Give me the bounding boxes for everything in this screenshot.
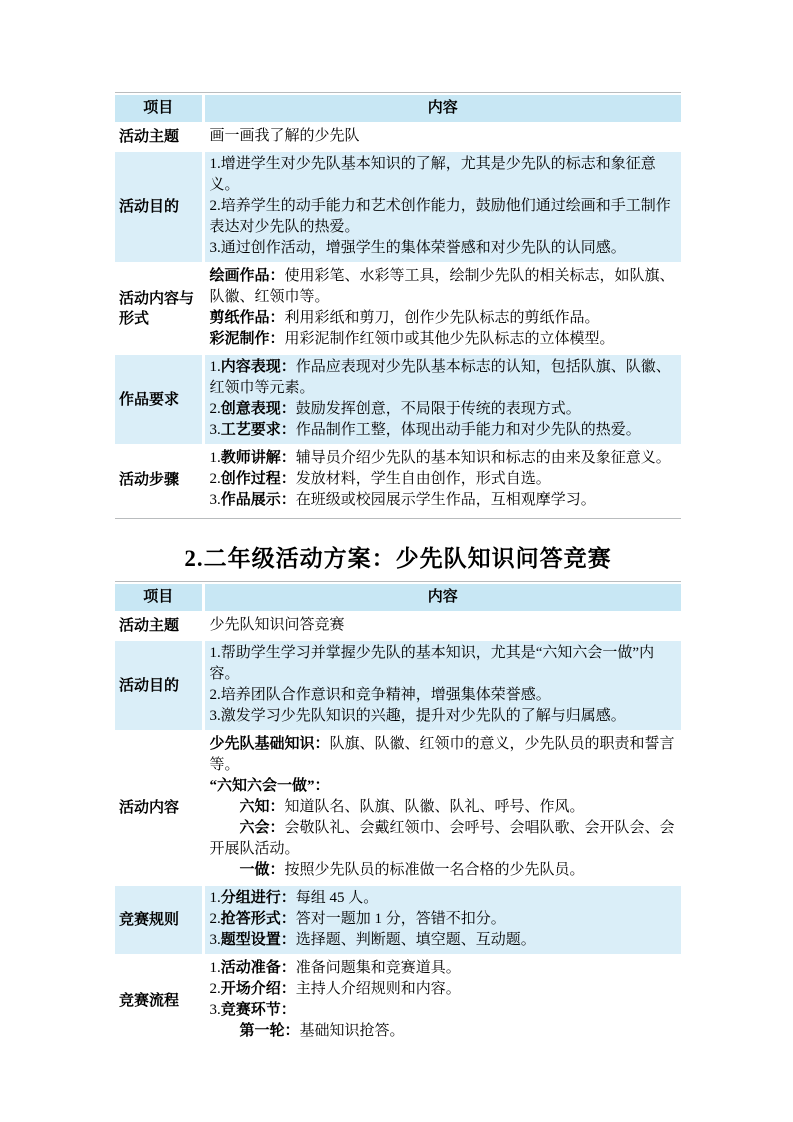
text-run: 2. (210, 401, 221, 417)
activity-plan-table-2: 项目内容活动主题少先队知识问答竞赛活动目的1.帮助学生学习并掌握少先队的基本知识… (115, 584, 681, 1047)
text-run: 用彩泥制作红领巾或其他少先队标志的立体模型。 (285, 331, 615, 347)
bold-text-run: 六会： (240, 820, 285, 836)
content-paragraph: “六知六会一做”： (210, 776, 680, 797)
bold-text-run: 少先队基础知识： (210, 736, 330, 752)
row-content: 绘画作品：使用彩笔、水彩等工具，绘制少先队的相关标志，如队旗、队徽、红领巾等。剪… (203, 263, 681, 354)
content-paragraph: 彩泥制作：用彩泥制作红领巾或其他少先队标志的立体模型。 (210, 329, 680, 350)
content-paragraph: 3.工艺要求：作品制作工整，体现出动手能力和对少先队的热爱。 (210, 420, 680, 441)
text-run: 1.增进学生对少先队基本知识的了解，尤其是少先队的标志和象征意义。 (210, 156, 656, 193)
row-label: 活动主题 (115, 123, 203, 151)
text-run: 少先队知识问答竞赛 (210, 617, 345, 633)
bold-text-run: 分组进行： (221, 890, 296, 906)
text-run: 3. (210, 1002, 221, 1018)
row-label: 作品要求 (115, 354, 203, 445)
content-paragraph: 少先队知识问答竞赛 (210, 615, 680, 636)
bold-text-run: 活动准备： (221, 960, 296, 976)
content-paragraph: 第一轮：基础知识抢答。 (210, 1021, 680, 1042)
text-run: 答对一题加 1 分，答错不扣分。 (296, 911, 506, 927)
text-run: 准备问题集和竞赛道具。 (296, 960, 461, 976)
bold-text-run: “六知六会一做”： (210, 778, 330, 794)
content-paragraph: 画一画我了解的少先队 (210, 126, 680, 147)
content-paragraph: 2.抢答形式：答对一题加 1 分，答错不扣分。 (210, 909, 680, 930)
row-content: 1.增进学生对少先队基本知识的了解，尤其是少先队的标志和象征意义。2.培养学生的… (203, 151, 681, 263)
column-header: 内容 (203, 95, 681, 123)
row-label: 活动目的 (115, 151, 203, 263)
row-content: 1.内容表现：作品应表现对少先队基本标志的认知，包括队旗、队徽、红领巾等元素。2… (203, 354, 681, 445)
row-label: 竞赛规则 (115, 885, 203, 955)
content-paragraph: 剪纸作品：利用彩纸和剪刀，创作少先队标志的剪纸作品。 (210, 308, 680, 329)
table-row: 竞赛流程1.活动准备：准备问题集和竞赛道具。2.开场介绍：主持人介绍规则和内容。… (115, 955, 681, 1046)
bold-text-run: 一做： (240, 862, 285, 878)
column-header-row: 项目内容 (115, 584, 681, 612)
document-page: 项目内容活动主题画一画我了解的少先队活动目的1.增进学生对少先队基本知识的了解，… (0, 0, 793, 1122)
text-run: 1. (210, 960, 221, 976)
column-header: 内容 (203, 584, 681, 612)
text-run: 选择题、判断题、填空题、互动题。 (296, 932, 536, 948)
row-content: 1.教师讲解：辅导员介绍少先队的基本知识和标志的由来及象征意义。2.创作过程：发… (203, 445, 681, 515)
text-run: 2. (210, 911, 221, 927)
text-run: 按照少先队员的标准做一名合格的少先队员。 (285, 862, 585, 878)
activity-plan-table-1-wrap: 项目内容活动主题画一画我了解的少先队活动目的1.增进学生对少先队基本知识的了解，… (115, 92, 681, 519)
table-row: 活动主题少先队知识问答竞赛 (115, 612, 681, 640)
table-row: 竞赛规则1.分组进行：每组 45 人。2.抢答形式：答对一题加 1 分，答错不扣… (115, 885, 681, 955)
bold-text-run: 剪纸作品： (210, 310, 285, 326)
text-run: 在班级或校园展示学生作品，互相观摩学习。 (296, 492, 596, 508)
bold-text-run: 抢答形式： (221, 911, 296, 927)
content-paragraph: 3.题型设置：选择题、判断题、填空题、互动题。 (210, 930, 680, 951)
bold-text-run: 创意表现： (221, 401, 296, 417)
row-content: 1.帮助学生学习并掌握少先队的基本知识，尤其是“六知六会一做”内容。2.培养团队… (203, 640, 681, 731)
table-row: 活动内容与形式绘画作品：使用彩笔、水彩等工具，绘制少先队的相关标志，如队旗、队徽… (115, 263, 681, 354)
row-content: 画一画我了解的少先队 (203, 123, 681, 151)
row-content: 1.活动准备：准备问题集和竞赛道具。2.开场介绍：主持人介绍规则和内容。3.竞赛… (203, 955, 681, 1046)
text-run: 3. (210, 492, 221, 508)
row-label: 活动内容与形式 (115, 263, 203, 354)
content-paragraph: 3.通过创作活动，增强学生的集体荣誉感和对少先队的认同感。 (210, 238, 680, 259)
bold-text-run: 彩泥制作： (210, 331, 285, 347)
text-run: 1.帮助学生学习并掌握少先队的基本知识，尤其是“六知六会一做”内容。 (210, 645, 655, 682)
content-paragraph: 绘画作品：使用彩笔、水彩等工具，绘制少先队的相关标志，如队旗、队徽、红领巾等。 (210, 266, 680, 308)
text-run: 3. (210, 932, 221, 948)
text-run: 辅导员介绍少先队的基本知识和标志的由来及象征意义。 (296, 450, 671, 466)
bold-text-run: 创作过程： (221, 471, 296, 487)
content-paragraph: 1.帮助学生学习并掌握少先队的基本知识，尤其是“六知六会一做”内容。 (210, 643, 680, 685)
text-run: 3. (210, 422, 221, 438)
table-row: 作品要求1.内容表现：作品应表现对少先队基本标志的认知，包括队旗、队徽、红领巾等… (115, 354, 681, 445)
text-run: 2. (210, 471, 221, 487)
text-run: 鼓励发挥创意，不局限于传统的表现方式。 (296, 401, 581, 417)
content-paragraph: 一做：按照少先队员的标准做一名合格的少先队员。 (210, 860, 680, 881)
text-run: 1. (210, 450, 221, 466)
content-paragraph: 1.内容表现：作品应表现对少先队基本标志的认知，包括队旗、队徽、红领巾等元素。 (210, 357, 680, 399)
text-run: 主持人介绍规则和内容。 (296, 981, 461, 997)
text-run: 作品制作工整，体现出动手能力和对少先队的热爱。 (296, 422, 641, 438)
text-run: 利用彩纸和剪刀，创作少先队标志的剪纸作品。 (285, 310, 600, 326)
content-paragraph: 3.激发学习少先队知识的兴趣，提升对少先队的了解与归属感。 (210, 706, 680, 727)
row-label: 活动主题 (115, 612, 203, 640)
table-row: 活动内容少先队基础知识：队旗、队徽、红领巾的意义，少先队员的职责和誓言等。“六知… (115, 731, 681, 885)
bold-text-run: 第一轮： (240, 1023, 300, 1039)
table-row: 活动步骤1.教师讲解：辅导员介绍少先队的基本知识和标志的由来及象征意义。2.创作… (115, 445, 681, 515)
text-run: 基础知识抢答。 (300, 1023, 405, 1039)
content-paragraph: 3.竞赛环节： (210, 1000, 680, 1021)
bold-text-run: 教师讲解： (221, 450, 296, 466)
content-paragraph: 六会：会敬队礼、会戴红领巾、会呼号、会唱队歌、会开队会、会开展队活动。 (210, 818, 680, 860)
text-run: 2. (210, 981, 221, 997)
content-paragraph: 2.开场介绍：主持人介绍规则和内容。 (210, 979, 680, 1000)
bold-text-run: 竞赛环节： (221, 1002, 296, 1018)
content-paragraph: 2.创作过程：发放材料，学生自由创作，形式自选。 (210, 469, 680, 490)
content-paragraph: 1.活动准备：准备问题集和竞赛道具。 (210, 958, 680, 979)
bold-text-run: 内容表现： (221, 359, 296, 375)
content-paragraph: 2.培养学生的动手能力和艺术创作能力，鼓励他们通过绘画和手工制作表达对少先队的热… (210, 196, 680, 238)
content-paragraph: 1.增进学生对少先队基本知识的了解，尤其是少先队的标志和象征意义。 (210, 154, 680, 196)
activity-plan-table-2-wrap: 项目内容活动主题少先队知识问答竞赛活动目的1.帮助学生学习并掌握少先队的基本知识… (115, 581, 681, 1049)
bold-text-run: 工艺要求： (221, 422, 296, 438)
content-paragraph: 1.教师讲解：辅导员介绍少先队的基本知识和标志的由来及象征意义。 (210, 448, 680, 469)
table-row: 活动主题画一画我了解的少先队 (115, 123, 681, 151)
text-run: 知道队名、队旗、队徽、队礼、呼号、作风。 (285, 799, 585, 815)
row-content: 1.分组进行：每组 45 人。2.抢答形式：答对一题加 1 分，答错不扣分。3.… (203, 885, 681, 955)
table-row: 活动目的1.帮助学生学习并掌握少先队的基本知识，尤其是“六知六会一做”内容。2.… (115, 640, 681, 731)
bold-text-run: 题型设置： (221, 932, 296, 948)
text-run: 画一画我了解的少先队 (210, 128, 360, 144)
content-paragraph: 3.作品展示：在班级或校园展示学生作品，互相观摩学习。 (210, 490, 680, 511)
row-content: 少先队基础知识：队旗、队徽、红领巾的意义，少先队员的职责和誓言等。“六知六会一做… (203, 731, 681, 885)
content-paragraph: 少先队基础知识：队旗、队徽、红领巾的意义，少先队员的职责和誓言等。 (210, 734, 680, 776)
table-row: 活动目的1.增进学生对少先队基本知识的了解，尤其是少先队的标志和象征意义。2.培… (115, 151, 681, 263)
text-run: 每组 45 人。 (296, 890, 379, 906)
row-label: 活动步骤 (115, 445, 203, 515)
row-label: 活动内容 (115, 731, 203, 885)
section-heading: 2.二年级活动方案：少先队知识问答竞赛 (115, 544, 681, 574)
content-paragraph: 2.创意表现：鼓励发挥创意，不局限于传统的表现方式。 (210, 399, 680, 420)
bold-text-run: 开场介绍： (221, 981, 296, 997)
column-header-row: 项目内容 (115, 95, 681, 123)
row-label: 竞赛流程 (115, 955, 203, 1046)
bold-text-run: 六知： (240, 799, 285, 815)
column-header: 项目 (115, 584, 203, 612)
content-paragraph: 2.培养团队合作意识和竞争精神，增强集体荣誉感。 (210, 685, 680, 706)
text-run: 1. (210, 359, 221, 375)
row-label: 活动目的 (115, 640, 203, 731)
row-content: 少先队知识问答竞赛 (203, 612, 681, 640)
content-paragraph: 1.分组进行：每组 45 人。 (210, 888, 680, 909)
bold-text-run: 绘画作品： (210, 268, 285, 284)
text-run: 发放材料，学生自由创作，形式自选。 (296, 471, 551, 487)
column-header: 项目 (115, 95, 203, 123)
text-run: 2.培养团队合作意识和竞争精神，增强集体荣誉感。 (210, 687, 551, 703)
text-run: 3.通过创作活动，增强学生的集体荣誉感和对少先队的认同感。 (210, 240, 626, 256)
content-paragraph: 六知：知道队名、队旗、队徽、队礼、呼号、作风。 (210, 797, 680, 818)
bold-text-run: 作品展示： (221, 492, 296, 508)
text-run: 3.激发学习少先队知识的兴趣，提升对少先队的了解与归属感。 (210, 708, 626, 724)
text-run: 1. (210, 890, 221, 906)
activity-plan-table-1: 项目内容活动主题画一画我了解的少先队活动目的1.增进学生对少先队基本知识的了解，… (115, 95, 681, 516)
text-run: 2.培养学生的动手能力和艺术创作能力，鼓励他们通过绘画和手工制作表达对少先队的热… (210, 198, 671, 235)
